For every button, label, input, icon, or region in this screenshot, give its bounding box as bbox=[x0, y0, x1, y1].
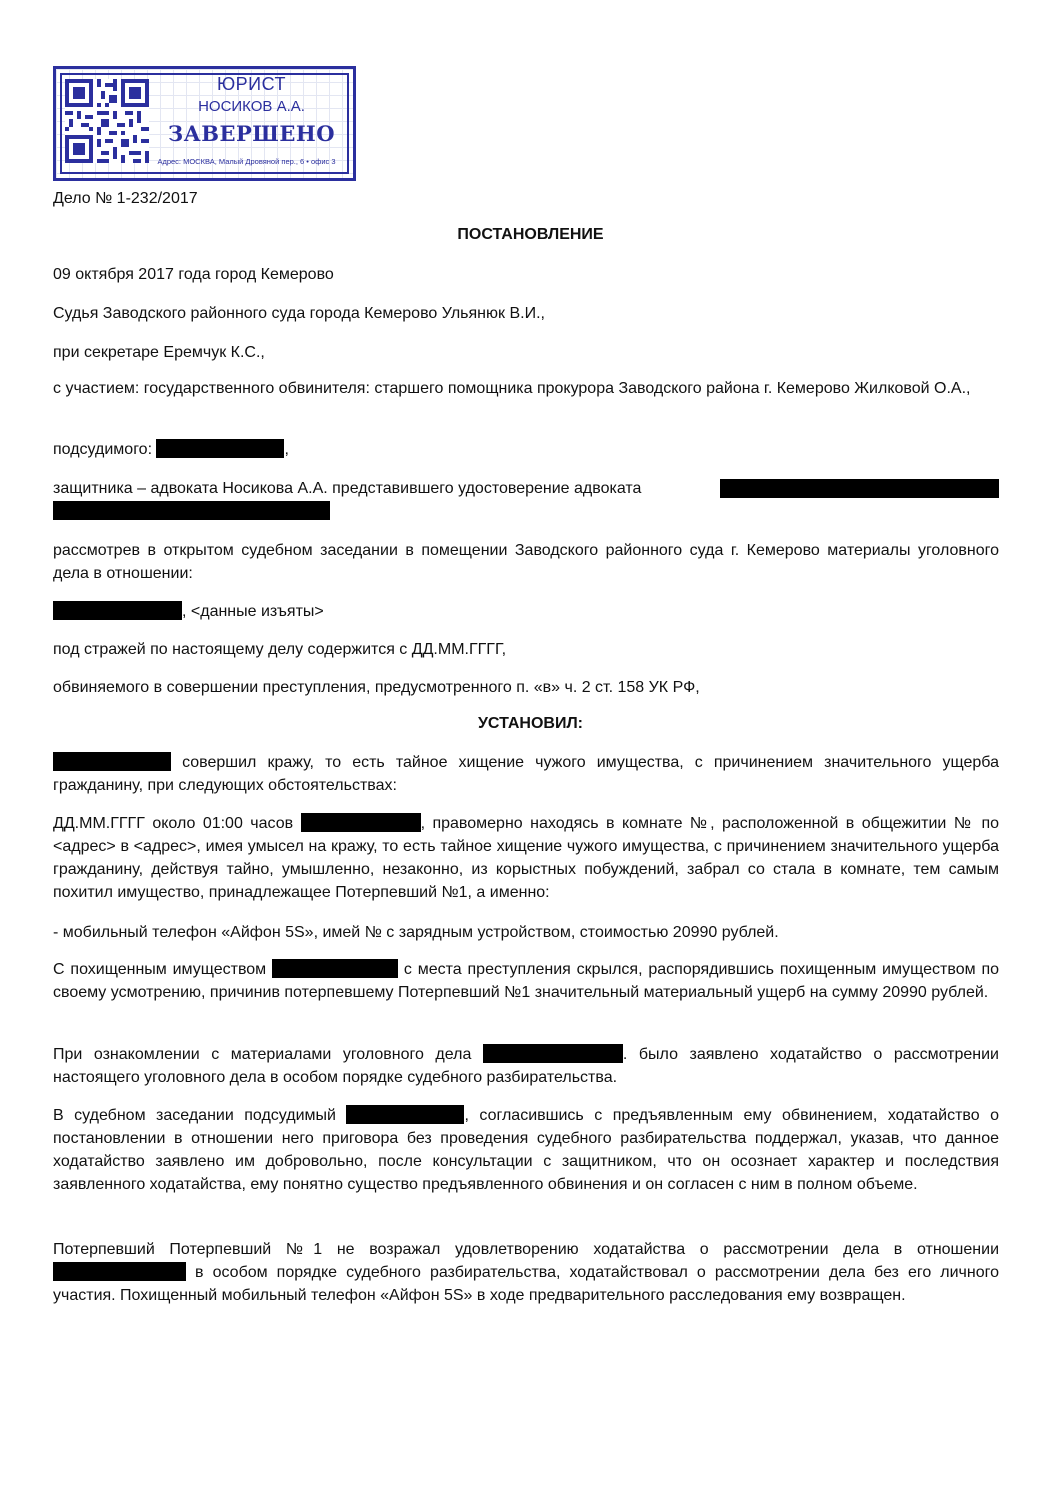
qr-code-icon bbox=[65, 77, 149, 165]
redaction-block bbox=[53, 1262, 186, 1281]
redaction-block bbox=[53, 501, 330, 520]
date-place: 09 октября 2017 года город Кемерово bbox=[53, 263, 334, 286]
redaction-block bbox=[156, 439, 284, 458]
paragraph-2: ДД.ММ.ГГГГ около 01:00 часов , правомерн… bbox=[53, 812, 999, 904]
redaction-block bbox=[53, 752, 171, 771]
stamp-address: Адрес: МОСКВА, Малый Дровяной пер., 6 • … bbox=[142, 157, 351, 166]
redaction-block bbox=[53, 601, 182, 620]
defendant-line: подсудимого: , bbox=[53, 438, 289, 461]
defender-line: защитника – адвоката Носикова А.А. предс… bbox=[53, 477, 641, 500]
redaction-block bbox=[483, 1044, 623, 1063]
defendant-suffix: , bbox=[284, 441, 288, 458]
redaction-block bbox=[720, 479, 999, 498]
paragraph-4: С похищенным имуществом с места преступл… bbox=[53, 958, 999, 1004]
judge: Судья Заводского районного суда города К… bbox=[53, 302, 545, 325]
secretary: при секретаре Еремчук К.С., bbox=[53, 341, 265, 364]
stamp-text: ЮРИСТ НОСИКОВ А.А. ЗАВЕРШЕНО Адрес: МОСК… bbox=[152, 69, 351, 178]
defendant-label: подсудимого: bbox=[53, 441, 152, 458]
paragraph-6: В судебном заседании подсудимый , соглас… bbox=[53, 1104, 999, 1196]
stamp-lawyer-name: НОСИКОВ А.А. bbox=[152, 98, 351, 115]
paragraph-5: При ознакомлении с материалами уголовног… bbox=[53, 1043, 999, 1089]
stamp-status: ЗАВЕРШЕНО bbox=[152, 121, 351, 146]
paragraph-1: совершил кражу, то есть тайное хищение ч… bbox=[53, 751, 999, 797]
prosecutor: с участием: государственного обвинителя:… bbox=[53, 377, 999, 400]
redaction-block bbox=[346, 1105, 464, 1124]
case-number: Дело № 1-232/2017 bbox=[53, 187, 198, 210]
redaction-block bbox=[272, 959, 398, 978]
lawyer-stamp: ЮРИСТ НОСИКОВ А.А. ЗАВЕРШЕНО Адрес: МОСК… bbox=[53, 66, 356, 181]
paragraph-3: - мобильный телефон «Айфон 5S», имей № с… bbox=[53, 921, 779, 944]
defendant-data-line: , <данные изъяты> bbox=[53, 600, 324, 623]
considered: рассмотрев в открытом судебном заседании… bbox=[53, 539, 999, 585]
established-heading: УСТАНОВИЛ: bbox=[0, 715, 1061, 733]
redaction-block bbox=[301, 813, 421, 832]
custody: под стражей по настоящему делу содержитс… bbox=[53, 638, 506, 661]
accused: обвиняемого в совершении преступления, п… bbox=[53, 676, 700, 699]
paragraph-7: Потерпевший Потерпевший №1 не возражал у… bbox=[53, 1238, 999, 1307]
document-title: ПОСТАНОВЛЕНИЕ bbox=[0, 226, 1061, 244]
defender-text: защитника – адвоката Носикова А.А. предс… bbox=[53, 480, 641, 497]
stamp-title: ЮРИСТ bbox=[152, 74, 351, 95]
data-removed: , <данные изъяты> bbox=[182, 603, 324, 620]
